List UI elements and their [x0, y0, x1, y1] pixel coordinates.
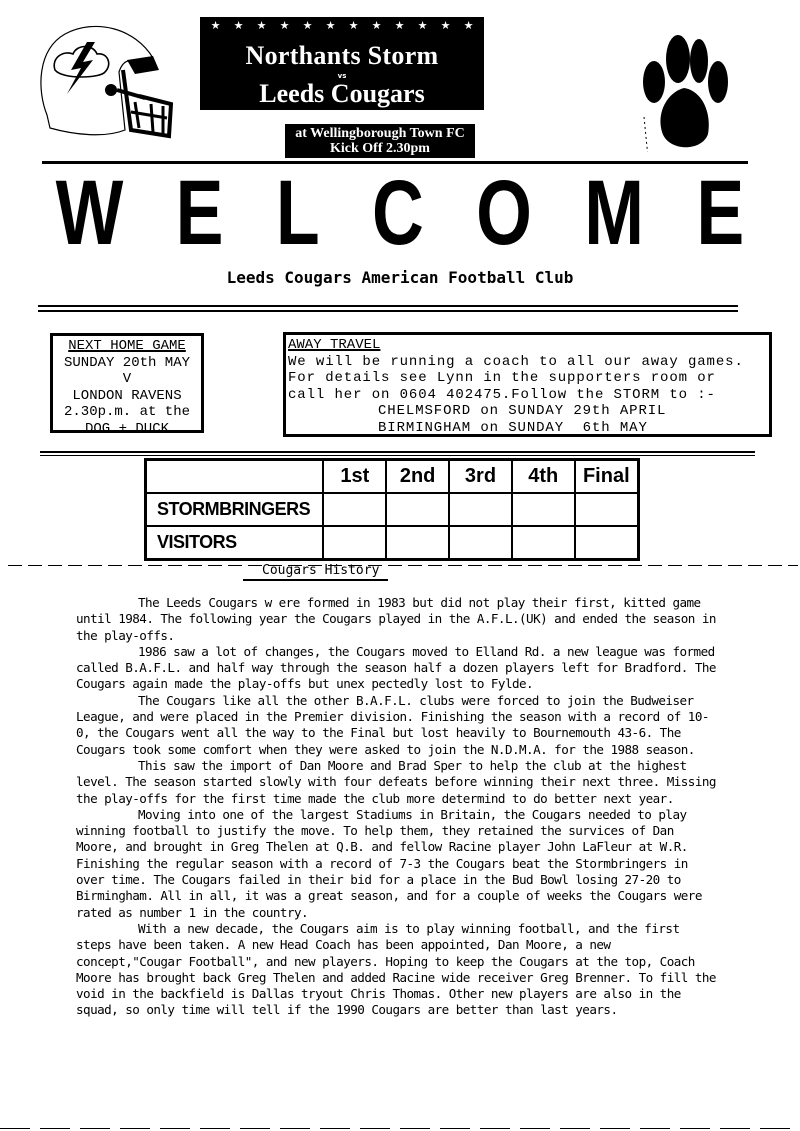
score-cell — [449, 493, 512, 526]
welcome-letter: W — [56, 168, 124, 258]
star-icon: ★ — [211, 19, 221, 33]
team-name: STORMBRINGERS — [146, 493, 324, 526]
history-paragraph: With a new decade, the Cougars aim is to… — [76, 921, 716, 1019]
welcome-letter: E — [176, 168, 224, 258]
divider — [38, 305, 738, 307]
history-title: Cougars History — [262, 563, 379, 578]
home-team-title: Northants Storm — [200, 41, 484, 71]
score-cell — [512, 526, 575, 560]
venue-box: at Wellingborough Town FC Kick Off 2.30p… — [285, 124, 475, 158]
welcome-letter: E — [696, 168, 744, 258]
quarter-header: 1st — [323, 460, 386, 494]
away-travel-line: call her on 0604 402475.Follow the STORM… — [288, 387, 767, 404]
history-paragraph: The Leeds Cougars w ere formed in 1983 b… — [76, 595, 716, 644]
star-icon: ★ — [441, 19, 451, 33]
dashed-divider — [8, 565, 798, 566]
score-cell — [575, 526, 639, 560]
score-cell — [449, 526, 512, 560]
next-home-game-line: SUNDAY 20th MAY — [53, 355, 201, 372]
welcome-letter: L — [276, 168, 320, 258]
paw-print-icon — [640, 22, 730, 152]
history-paragraph: The Cougars like all the other B.A.F.L. … — [76, 693, 716, 758]
divider — [40, 451, 755, 453]
star-icon: ★ — [372, 19, 382, 33]
score-cell — [512, 493, 575, 526]
title-underline — [243, 579, 388, 581]
table-row: STORMBRINGERS — [146, 493, 639, 526]
scoreboard-header-row: 1st 2nd 3rd 4th Final — [146, 460, 639, 494]
history-body: The Leeds Cougars w ere formed in 1983 b… — [76, 595, 716, 1019]
star-icon: ★ — [257, 19, 267, 33]
football-helmet-storm-icon — [35, 20, 175, 145]
scoreboard-corner — [146, 460, 324, 494]
star-row: ★★★★★★★★★★★★ — [200, 19, 484, 33]
star-icon: ★ — [464, 19, 474, 33]
welcome-letter: C — [372, 168, 424, 258]
away-team-title: Leeds Cougars — [200, 79, 484, 109]
final-header: Final — [575, 460, 639, 494]
table-row: VISITORS — [146, 526, 639, 560]
scoreboard-table: 1st 2nd 3rd 4th Final STORMBRINGERS VISI… — [144, 458, 640, 561]
welcome-letter: O — [476, 168, 532, 258]
star-icon: ★ — [234, 19, 244, 33]
history-paragraph: This saw the import of Dan Moore and Bra… — [76, 758, 716, 807]
divider — [38, 310, 738, 312]
score-cell — [323, 526, 386, 560]
away-fixture: BIRMINGHAM on SUNDAY 6th MAY — [288, 420, 767, 437]
quarter-header: 2nd — [386, 460, 449, 494]
kickoff-label: Kick Off 2.30pm — [285, 141, 475, 156]
history-paragraph: 1986 saw a lot of changes, the Cougars m… — [76, 644, 716, 693]
history-paragraph: Moving into one of the largest Stadiums … — [76, 807, 716, 921]
venue-label: at Wellingborough Town FC — [285, 126, 475, 141]
star-icon: ★ — [395, 19, 405, 33]
away-travel-box: AWAY TRAVEL We will be running a coach t… — [283, 332, 772, 437]
star-icon: ★ — [303, 19, 313, 33]
away-fixture: CHELMSFORD on SUNDAY 29th APRIL — [288, 403, 767, 420]
dashed-divider — [0, 1128, 800, 1129]
star-icon: ★ — [280, 19, 290, 33]
quarter-header: 4th — [512, 460, 575, 494]
next-home-game-line: DOG + DUCK — [53, 421, 201, 438]
welcome-heading: W E L C O M E — [40, 168, 760, 258]
next-home-game-line: LONDON RAVENS — [53, 388, 201, 405]
away-travel-heading: AWAY TRAVEL — [288, 337, 767, 354]
star-icon: ★ — [418, 19, 428, 33]
team-name: VISITORS — [146, 526, 324, 560]
welcome-letter: M — [584, 168, 644, 258]
score-cell — [323, 493, 386, 526]
quarter-header: 3rd — [449, 460, 512, 494]
score-cell — [386, 493, 449, 526]
star-icon: ★ — [326, 19, 336, 33]
star-icon: ★ — [349, 19, 359, 33]
divider — [40, 455, 755, 456]
next-home-game-line: 2.30p.m. at the — [53, 404, 201, 421]
score-cell — [575, 493, 639, 526]
club-subtitle: Leeds Cougars American Football Club — [0, 268, 800, 287]
title-banner: ★★★★★★★★★★★★ Northants Storm vs Leeds Co… — [200, 17, 484, 110]
next-home-game-heading: NEXT HOME GAME — [68, 338, 186, 355]
next-home-game-line: V — [53, 371, 201, 388]
away-travel-line: We will be running a coach to all our aw… — [288, 354, 767, 371]
next-home-game-box: NEXT HOME GAME SUNDAY 20th MAY V LONDON … — [50, 333, 204, 433]
away-travel-line: For details see Lynn in the supporters r… — [288, 370, 767, 387]
score-cell — [386, 526, 449, 560]
